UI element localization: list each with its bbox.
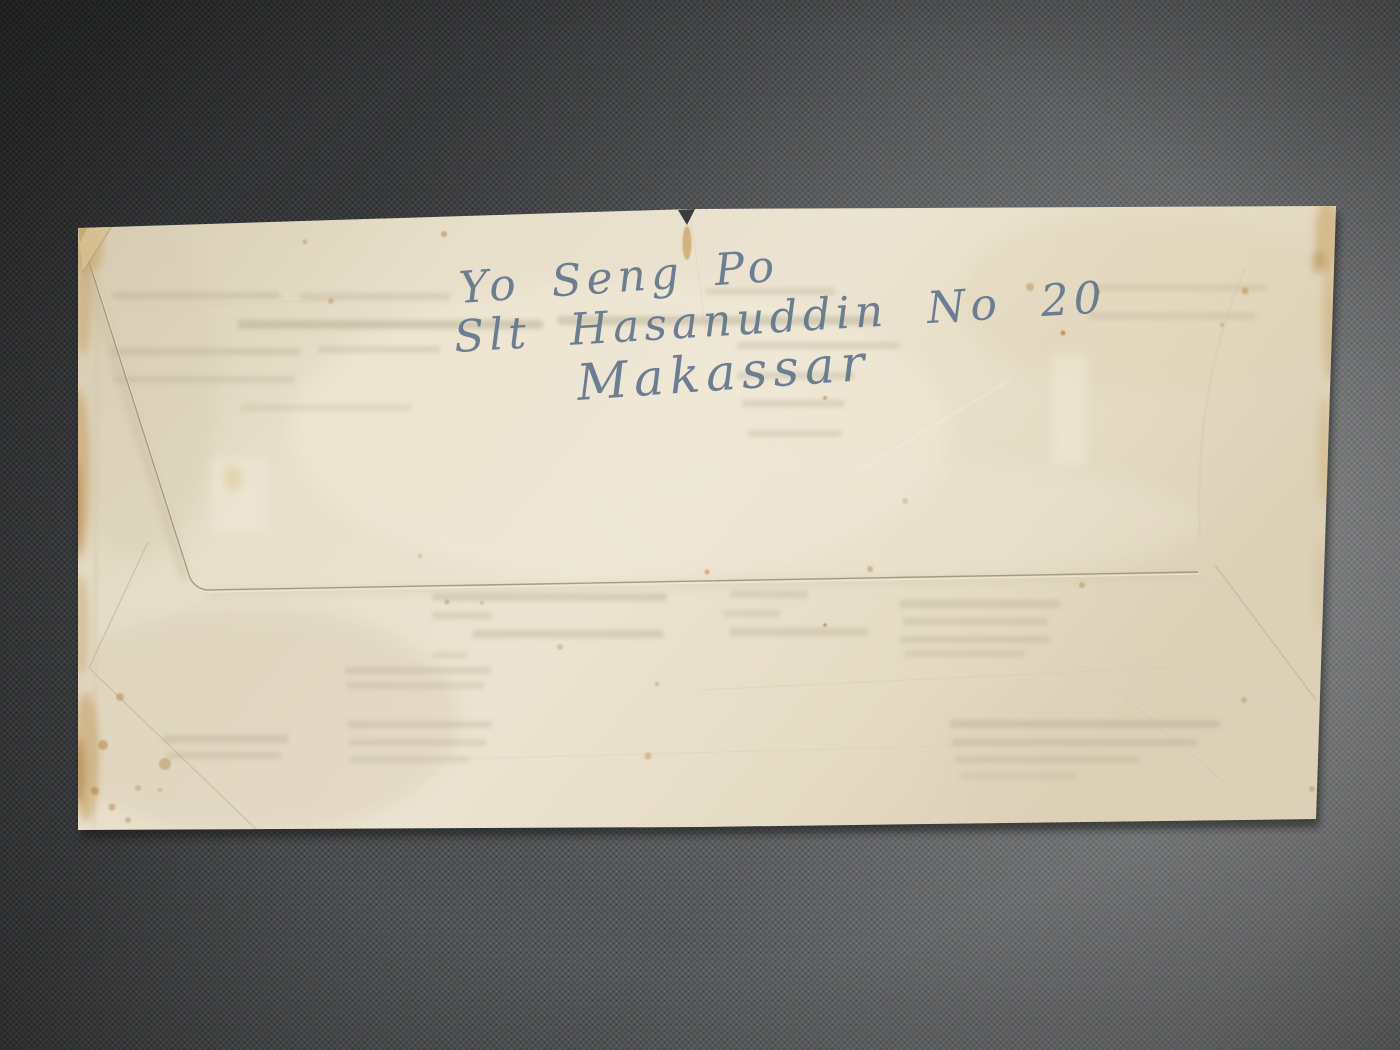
photo-of-envelope-back: Yo Seng Po Slt Hasanuddin No 20 Makassar xyxy=(0,0,1400,1050)
photo-canvas: Yo Seng Po Slt Hasanuddin No 20 Makassar xyxy=(0,0,1400,1050)
